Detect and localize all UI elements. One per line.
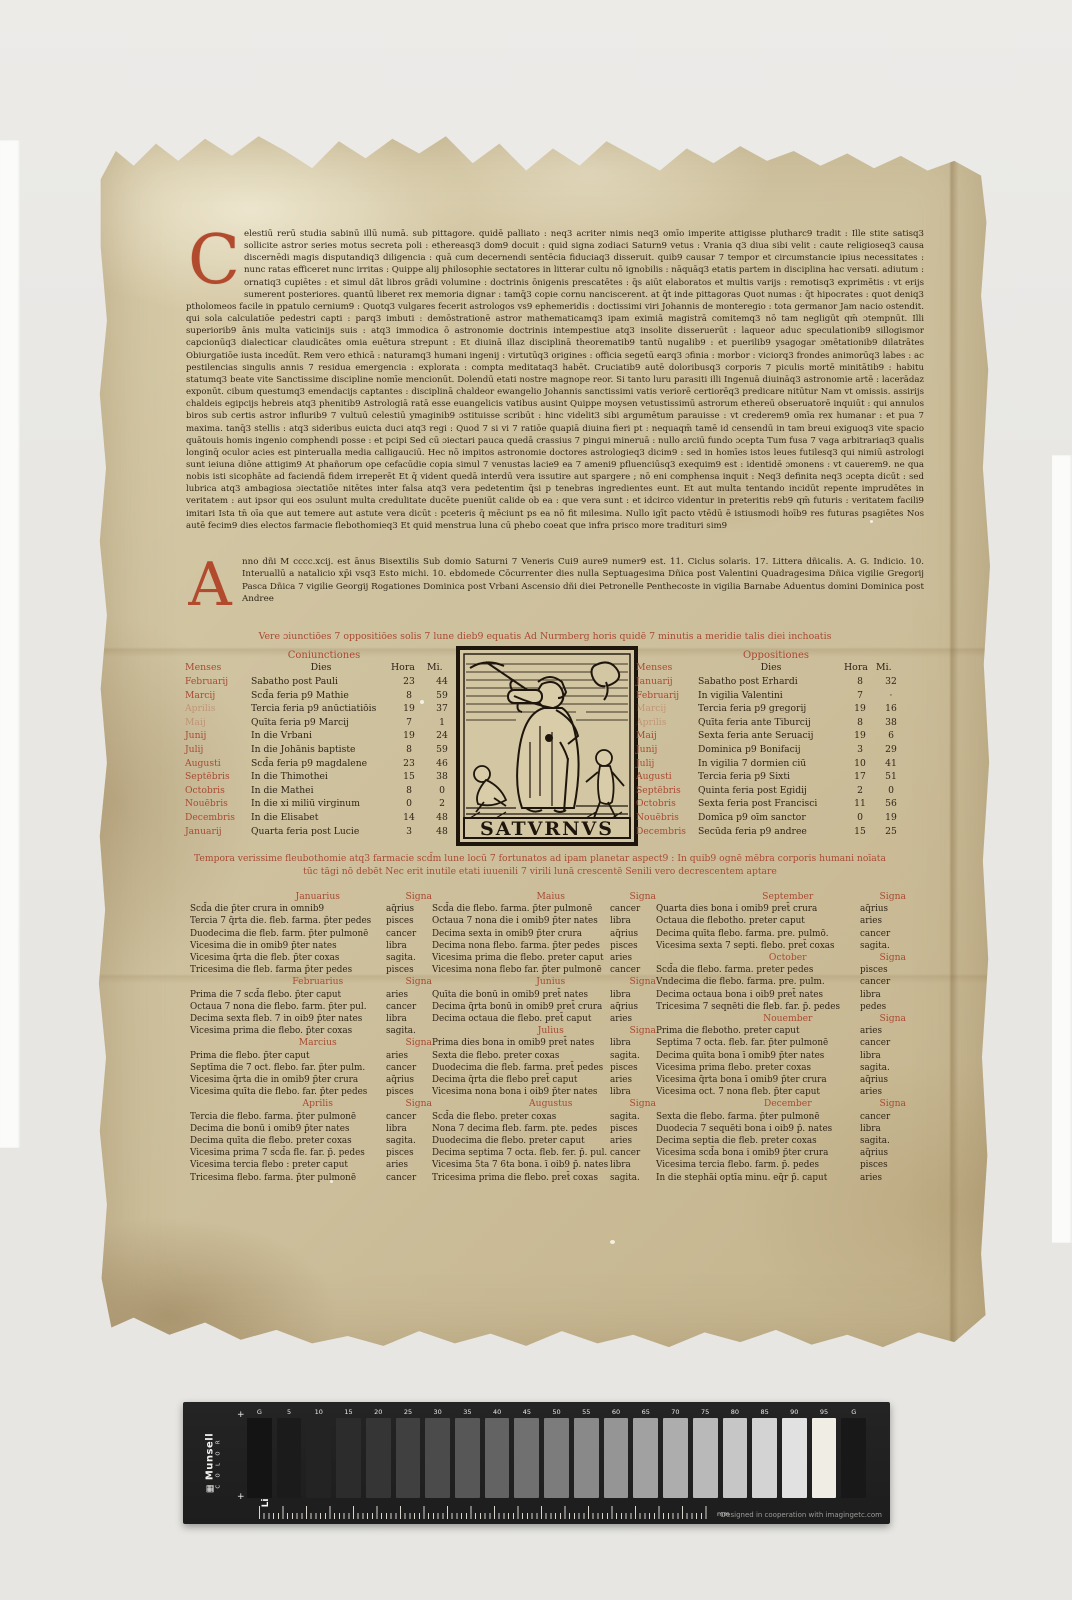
oppositions-table: Oppositiones Menses Dies Hora Mi. Januar… <box>636 650 906 839</box>
cell-mi: 2 <box>427 798 457 809</box>
calendar-row: Vicesima q̄rta bona ī omib9 p̄ter cruraa… <box>656 1074 906 1086</box>
entry-sign: cancer <box>386 1172 432 1184</box>
patch-swatch <box>247 1418 272 1498</box>
table-row: AprilisTercia feria p9 anūctiatiōis1937 <box>185 703 457 717</box>
calendar-row: Octaua 7 nona die i omib9 p̄ter nateslib… <box>432 915 656 927</box>
cell-month: Aprilis <box>185 703 251 714</box>
cell-mi: 59 <box>427 744 457 755</box>
cell-hora: 19 <box>391 703 427 714</box>
table-row: SeptēbrisIn die Thimothei1538 <box>185 771 457 785</box>
entry-sign: libra <box>610 989 656 1001</box>
entry-sign: aries <box>860 1172 906 1184</box>
calendar-row: Duodecima die fleb. farm. p̄ter pulmonēc… <box>190 928 432 940</box>
table-row: JunijDominica p9 Bonifacij329 <box>636 744 906 758</box>
cell-hora: 11 <box>844 798 876 809</box>
calendar-row: Septima 7 octa. fleb. far. p̄ter pulmonē… <box>656 1037 906 1049</box>
entry-text: Prima die 7 scd̄a flebo. p̄ter caput <box>190 989 386 1001</box>
cell-month: Februarij <box>185 676 251 687</box>
cell-month: Maij <box>185 717 251 728</box>
entry-sign: aq̄rius <box>386 1074 432 1086</box>
entry-sign: aries <box>386 1050 432 1062</box>
cell-hora: 23 <box>391 758 427 769</box>
cell-hora: 19 <box>391 730 427 741</box>
entry-sign: libra <box>610 915 656 927</box>
month-header: AprilisSigna <box>190 1098 432 1110</box>
gray-patch: 40 <box>485 1408 510 1498</box>
table-row: NouēbrisDomīca p9 oīm sanctor019 <box>636 812 906 826</box>
cell-day: Scd̄a feria p9 magdalene <box>251 758 391 769</box>
entry-sign: sagita. <box>386 1025 432 1037</box>
gray-patch: 50 <box>544 1408 569 1498</box>
cell-day: Tercia feria p9 gregorij <box>698 703 844 714</box>
lombard-initial-a: A <box>184 558 236 612</box>
cell-hora: 14 <box>391 812 427 823</box>
gray-patch: 5 <box>277 1408 302 1498</box>
calendar-row: Decima octaua die flebo. pret̄ caputarie… <box>432 1013 656 1025</box>
anno-text: nno dñi M cccc.xcij. est ānus Bisextilis… <box>242 557 924 604</box>
entry-sign: libra <box>610 1037 656 1049</box>
entry-text: Octaua 7 nona die flebo. farm. p̄ter pul… <box>190 1001 386 1013</box>
registration-mark-top: + <box>237 1410 245 1420</box>
cell-month: Augusti <box>636 771 698 782</box>
cell-month: Julij <box>185 744 251 755</box>
entry-text: Vicesima die in omib9 p̄ter nates <box>190 940 386 952</box>
cell-mi: 16 <box>876 703 906 714</box>
month-header: SeptemberSigna <box>656 891 906 903</box>
gray-patch: 45 <box>514 1408 539 1498</box>
oppositions-header: Menses Dies Hora Mi. <box>636 662 906 676</box>
entry-text: Decima septia die fleb. preter coxas <box>656 1135 860 1147</box>
cell-mi: 48 <box>427 812 457 823</box>
entry-text: Vndecima die flebo. farma. pre. pulm. <box>656 976 860 988</box>
entry-sign: cancer <box>386 928 432 940</box>
munsell-brand-text: Munsell <box>205 1433 216 1480</box>
entry-sign: cancer <box>610 1147 656 1159</box>
patch-label: 20 <box>366 1408 391 1418</box>
gray-patch: G <box>247 1408 272 1498</box>
entry-text: Vicesima q̄rta bona ī omib9 p̄ter crura <box>656 1074 860 1086</box>
calendar-row: Decima sexta fleb. 7 in oib9 p̄ter nates… <box>190 1013 432 1025</box>
table-row: JunijIn die Vrbani1924 <box>185 730 457 744</box>
entry-text: Decima quīta flebo. farma. pre. pulmō. <box>656 928 860 940</box>
cell-day: Sexta feria post Francisci <box>698 798 844 809</box>
calendar-row: Vicesima prima die flebo. p̄ter coxassag… <box>190 1025 432 1037</box>
table-row: MarcijScd̄a feria p9 Mathie859 <box>185 690 457 704</box>
calendar-row: Quarta dies bona i omib9 pret̄ cruraaq̄r… <box>656 903 906 915</box>
calendar-row: Decima nona flebo. farma. p̄ter pedespis… <box>432 940 656 952</box>
entry-sign: aq̄rius <box>860 1074 906 1086</box>
calendar-row: Vicesima oct. 7 nona fleb. p̄ter caputar… <box>656 1086 906 1098</box>
entry-text: Scd̄a die p̄ter crura in omnib9 <box>190 903 386 915</box>
cell-month: Octobris <box>185 785 251 796</box>
cell-hora: 8 <box>391 744 427 755</box>
cell-day: Sexta feria ante Seruacij <box>698 730 844 741</box>
conjunctions-title: Coniunctiones <box>249 650 399 661</box>
entry-text: Tricesima 7 seqnēti die fleb. far. p̄. p… <box>656 1001 860 1013</box>
entry-sign: aq̄rius <box>860 903 906 915</box>
cell-day: Sabatho post Pauli <box>251 676 391 687</box>
signa-label: Signa <box>879 952 906 964</box>
signa-label: Signa <box>629 1098 656 1110</box>
entry-sign: cancer <box>860 928 906 940</box>
cell-hora: 23 <box>391 676 427 687</box>
calendar-row: Prima die flebo. p̄ter caputaries <box>190 1050 432 1062</box>
calendar-row: Decima octaua bona i oib9 pret̄ nateslib… <box>656 989 906 1001</box>
month-name: Januarius <box>190 891 405 903</box>
entry-sign: libra <box>610 1159 656 1171</box>
patch-label: G <box>841 1408 866 1418</box>
patch-label: 45 <box>514 1408 539 1418</box>
oppositions-title: Oppositiones <box>696 650 856 661</box>
gray-patch: 65 <box>633 1408 658 1498</box>
cell-mi: 59 <box>427 690 457 701</box>
entry-text: Tricesima prima die flebo. pret̄ coxas <box>432 1172 610 1184</box>
cell-day: In die Vrbani <box>251 730 391 741</box>
entry-text: Duodecima die flebo. preter caput <box>432 1135 610 1147</box>
entry-sign: aries <box>610 1013 656 1025</box>
column-header-hora: Hora <box>391 662 427 673</box>
calendar-row: Decima q̄rta bonū in omib9 pret̄ cruraaq… <box>432 1001 656 1013</box>
month-header: MaiusSigna <box>432 891 656 903</box>
phlebotomy-header: Tempora verissime fleubothomie atq3 farm… <box>188 852 892 878</box>
calendar-row: Vicesima nona flebo far. p̄ter pulmonēca… <box>432 964 656 976</box>
patch-swatch <box>604 1418 629 1498</box>
calendar-row: Vicesima q̄rta die in omib9 p̄ter cruraa… <box>190 1074 432 1086</box>
cell-mi: 25 <box>876 826 906 837</box>
patch-swatch <box>306 1418 331 1498</box>
incipit-paragraph: Celestiū rerū studia sabinū illū numā. s… <box>186 228 924 556</box>
patch-label: 70 <box>663 1408 688 1418</box>
cell-day: In die xi miliū virginum <box>251 798 391 809</box>
calendar-row: Decima quīta flebo. farma. pre. pulmō.ca… <box>656 928 906 940</box>
cell-month: Decembris <box>185 812 251 823</box>
incipit-text: elestiū rerū studia sabinū illū numā. su… <box>186 229 924 531</box>
cell-hora: 8 <box>844 717 876 728</box>
cell-day: In die Johānis baptiste <box>251 744 391 755</box>
entry-sign: cancer <box>860 1037 906 1049</box>
conjunctions-header: Menses Dies Hora Mi. <box>185 662 457 676</box>
entry-text: In die stephāi optīa minu. eq̄r p̄. capu… <box>656 1172 860 1184</box>
entry-text: Octaua die flebotho. preter caput <box>656 915 860 927</box>
patch-swatch <box>366 1418 391 1498</box>
munsell-logo: ▦ Munsell C O L O R <box>205 1415 222 1511</box>
gray-patch: 20 <box>366 1408 391 1498</box>
entry-text: Decima nona flebo. farma. p̄ter pedes <box>432 940 610 952</box>
calendar-row: Decima septia die fleb. preter coxassagi… <box>656 1135 906 1147</box>
entry-sign: cancer <box>386 1062 432 1074</box>
entry-sign: pisces <box>386 1086 432 1098</box>
entry-text: Vicesima nona flebo far. p̄ter pulmonē <box>432 964 610 976</box>
entry-sign: libra <box>386 940 432 952</box>
cell-mi: · <box>876 690 906 701</box>
patch-label: 35 <box>455 1408 480 1418</box>
entry-sign: pisces <box>860 964 906 976</box>
entry-sign: libra <box>610 1086 656 1098</box>
entry-sign: libra <box>860 1050 906 1062</box>
gray-patch: 70 <box>663 1408 688 1498</box>
signa-label: Signa <box>879 1098 906 1110</box>
entry-text: Vicesima prima die flebo. preter caput <box>432 952 610 964</box>
calendar-row: Scd̄a die flebo. farma. preter pedespisc… <box>656 964 906 976</box>
cell-month: Aprilis <box>636 717 698 728</box>
entry-text: Duodecia 7 sequēti bona i oib9 p̄. nates <box>656 1123 860 1135</box>
cell-mi: 19 <box>876 812 906 823</box>
patch-swatch <box>723 1418 748 1498</box>
month-name: Marcius <box>190 1037 405 1049</box>
column-header-menses: Menses <box>636 662 698 673</box>
table-row: AugustiScd̄a feria p9 magdalene2346 <box>185 758 457 772</box>
calendar-row: Vicesima q̄rta die fleb. p̄ter coxassagi… <box>190 952 432 964</box>
cell-month: Februarij <box>636 690 698 701</box>
paper-speck <box>610 1240 615 1244</box>
cell-day: Quīta feria ante Tiburcij <box>698 717 844 728</box>
month-header: OctoberSigna <box>656 952 906 964</box>
munsell-logo-icon: ▦ <box>206 1484 216 1493</box>
calendar-row: Vndecima die flebo. farma. pre. pulm.can… <box>656 976 906 988</box>
cell-mi: 1 <box>427 717 457 728</box>
entry-sign: libra <box>386 1013 432 1025</box>
entry-text: Decima octaua bona i oib9 pret̄ nates <box>656 989 860 1001</box>
calendar-row: Decima sexta in omib9 p̄ter cruraaq̄rius <box>432 928 656 940</box>
calendar-row: Tercia die flebo. farma. p̄ter pulmonēca… <box>190 1111 432 1123</box>
cell-mi: 0 <box>427 785 457 796</box>
cell-month: Marcij <box>185 690 251 701</box>
cell-mi: 56 <box>876 798 906 809</box>
calendar-row: Vicesima prima 7 scd̄a fle. far. p̄. ped… <box>190 1147 432 1159</box>
entry-text: Scd̄a die flebo. farma. preter pedes <box>656 964 860 976</box>
calendar-row: Duodecia 7 sequēti bona i oib9 p̄. nates… <box>656 1123 906 1135</box>
calendar-row: Duodecima die flebo. preter caputaries <box>432 1135 656 1147</box>
entry-text: Quīta die bonū in omib9 pret̄ nates <box>432 989 610 1001</box>
month-name: December <box>656 1098 879 1110</box>
calendar-row: Octaua 7 nona die flebo. farm. p̄ter pul… <box>190 1001 432 1013</box>
calendar-row: Septīma die 7 oct. flebo. far. p̄ter pul… <box>190 1062 432 1074</box>
gray-patch: 95 <box>812 1408 837 1498</box>
patch-label: 50 <box>544 1408 569 1418</box>
calendar-row: Vicesima tercia flebo : preter caputarie… <box>190 1159 432 1171</box>
entry-text: Tercia 7 q̄rta die. fleb. farma. p̄ter p… <box>190 915 386 927</box>
patch-swatch <box>812 1418 837 1498</box>
entry-text: Vicesima tercia flebo : preter caput <box>190 1159 386 1171</box>
patch-swatch <box>425 1418 450 1498</box>
entry-text: Decima quīta bona ī omib9 p̄ter nates <box>656 1050 860 1062</box>
cell-day: In die Thimothei <box>251 771 391 782</box>
entry-text: Duodecima die fleb. farma. pret̄ pedes <box>432 1062 610 1074</box>
patch-swatch <box>336 1418 361 1498</box>
cell-day: Tercia feria p9 Sixti <box>698 771 844 782</box>
cell-hora: 15 <box>391 771 427 782</box>
entry-sign: pisces <box>386 915 432 927</box>
cell-month: Maij <box>636 730 698 741</box>
table-row: SeptēbrisQuinta feria post Egidij20 <box>636 785 906 799</box>
entry-sign: sagita. <box>610 1111 656 1123</box>
gray-patch: 80 <box>723 1408 748 1498</box>
entry-sign: sagita. <box>860 1135 906 1147</box>
cell-mi: 48 <box>427 826 457 837</box>
cell-hora: 8 <box>844 676 876 687</box>
cell-hora: 0 <box>391 798 427 809</box>
entry-sign: pisces <box>610 1062 656 1074</box>
entry-text: Octaua 7 nona die i omib9 p̄ter nates <box>432 915 610 927</box>
syzygy-header: Vere ɔiunctiōes 7 oppositiōes solis 7 lu… <box>200 631 890 642</box>
table-row: MaijQuīta feria p9 Marcij71 <box>185 717 457 731</box>
patch-label: 25 <box>396 1408 421 1418</box>
entry-text: Decima sexta fleb. 7 in oib9 p̄ter nates <box>190 1013 386 1025</box>
patch-swatch <box>752 1418 777 1498</box>
calendar-row: Vicesima prima die flebo. preter caputar… <box>432 952 656 964</box>
calendar-row: Vicesima prima flebo. preter coxassagita… <box>656 1062 906 1074</box>
signa-label: Signa <box>405 976 432 988</box>
column-header-mi: Mi. <box>876 662 906 673</box>
month-header: JanuariusSigna <box>190 891 432 903</box>
patch-label: 80 <box>723 1408 748 1418</box>
patch-label: 65 <box>633 1408 658 1418</box>
entry-text: Sexta die flebo. preter coxas <box>432 1050 610 1062</box>
entry-sign: sagita. <box>610 1172 656 1184</box>
entry-text: Decima octaua die flebo. pret̄ caput <box>432 1013 610 1025</box>
month-name: Aprilis <box>190 1098 405 1110</box>
entry-sign: aq̄rius <box>860 1147 906 1159</box>
patch-swatch <box>574 1418 599 1498</box>
cell-hora: 3 <box>391 826 427 837</box>
entry-sign: pisces <box>386 1147 432 1159</box>
cell-hora: 2 <box>844 785 876 796</box>
patch-label: G <box>247 1408 272 1418</box>
calendar-column: JanuariusSignaScd̄a die p̄ter crura in o… <box>190 891 432 1184</box>
patch-swatch <box>455 1418 480 1498</box>
table-row: FebruarijIn vigilia Valentini7· <box>636 690 906 704</box>
calendar-row: In die stephāi optīa minu. eq̄r p̄. capu… <box>656 1172 906 1184</box>
entry-text: Vicesima quīta die flebo. far. p̄ter ped… <box>190 1086 386 1098</box>
calendar-row: Vicesima scd̄a bona i omib9 p̄ter cruraa… <box>656 1147 906 1159</box>
entry-text: Vicesima prima die flebo. p̄ter coxas <box>190 1025 386 1037</box>
gray-patch: 75 <box>693 1408 718 1498</box>
cell-day: In vigilia 7 dormien ciū <box>698 758 844 769</box>
calendar-row: Vicesima die in omib9 p̄ter nateslibra <box>190 940 432 952</box>
month-name: Junius <box>432 976 629 988</box>
calendar-row: Duodecima die fleb. farma. pret̄ pedespi… <box>432 1062 656 1074</box>
column-header-dies: Dies <box>698 662 844 673</box>
cell-hora: 15 <box>844 826 876 837</box>
signa-label: Signa <box>629 1025 656 1037</box>
cell-hora: 3 <box>844 744 876 755</box>
calendar-row: Quīta die bonū in omib9 pret̄ nateslibra <box>432 989 656 1001</box>
entry-text: Vicesima nona bona i oib9 p̄ter nates <box>432 1086 610 1098</box>
calendar-row: Vicesima quīta die flebo. far. p̄ter ped… <box>190 1086 432 1098</box>
cell-day: In vigilia Valentini <box>698 690 844 701</box>
mm-ruler <box>259 1506 709 1519</box>
table-row: MaijSexta feria ante Seruacij196 <box>636 730 906 744</box>
cell-hora: 19 <box>844 703 876 714</box>
gray-patch: 25 <box>396 1408 421 1498</box>
patch-label: 5 <box>277 1408 302 1418</box>
cell-month: Nouēbris <box>185 798 251 809</box>
calendar-row: Decima quīta die flebo. preter coxassagi… <box>190 1135 432 1147</box>
month-name: Julius <box>432 1025 629 1037</box>
cell-day: Quarta feria post Lucie <box>251 826 391 837</box>
month-name: October <box>656 952 879 964</box>
cell-month: Augusti <box>185 758 251 769</box>
entry-text: Quarta dies bona i omib9 pret̄ crura <box>656 903 860 915</box>
calendar-row: Decima quīta bona ī omib9 p̄ter nateslib… <box>656 1050 906 1062</box>
entry-text: Nona 7 decima fleb. farm. pte. pedes <box>432 1123 610 1135</box>
cell-mi: 44 <box>427 676 457 687</box>
patch-swatch <box>693 1418 718 1498</box>
entry-sign: cancer <box>860 976 906 988</box>
calendar-row: Scd̄a die flebo. preter coxassagita. <box>432 1111 656 1123</box>
entry-sign: sagita. <box>386 1135 432 1147</box>
entry-text: Septīma die 7 oct. flebo. far. p̄ter pul… <box>190 1062 386 1074</box>
calendar-column: MaiusSignaScd̄a die flebo. farma. p̄ter … <box>432 891 656 1184</box>
patch-label: 10 <box>306 1408 331 1418</box>
cell-month: Septēbris <box>636 785 698 796</box>
patch-swatch <box>841 1418 866 1498</box>
cell-month: Junij <box>636 744 698 755</box>
entry-text: Vicesima q̄rta die fleb. p̄ter coxas <box>190 952 386 964</box>
entry-sign: libra <box>386 1123 432 1135</box>
signa-label: Signa <box>629 976 656 988</box>
entry-sign: sagita. <box>860 940 906 952</box>
entry-sign: aries <box>610 1074 656 1086</box>
cell-day: Quīta feria p9 Marcij <box>251 717 391 728</box>
entry-text: Prima die flebo. p̄ter caput <box>190 1050 386 1062</box>
calendar-row: Vicesima sexta 7 septi. flebo. pret̄ cox… <box>656 940 906 952</box>
cell-mi: 38 <box>427 771 457 782</box>
calendar-row: Prima die 7 scd̄a flebo. p̄ter caputarie… <box>190 989 432 1001</box>
cell-mi: 24 <box>427 730 457 741</box>
credit-text: Designed in cooperation with imagingetc.… <box>721 1511 882 1519</box>
entry-text: Decima q̄rta die flebo pret̄ caput <box>432 1074 610 1086</box>
patch-swatch <box>544 1418 569 1498</box>
photo-stage: Celestiū rerū studia sabinū illū numā. s… <box>0 0 1072 1600</box>
entry-sign: aries <box>860 1025 906 1037</box>
cell-mi: 0 <box>876 785 906 796</box>
calendar-row: Vicesima 5ta 7 6ta bona. ī oib9 p̄. nate… <box>432 1159 656 1171</box>
signa-label: Signa <box>629 891 656 903</box>
cell-hora: 0 <box>844 812 876 823</box>
phlebotomy-calendar: JanuariusSignaScd̄a die p̄ter crura in o… <box>190 891 906 1184</box>
entry-sign: aries <box>386 989 432 1001</box>
entry-sign: cancer <box>610 964 656 976</box>
patch-label: 15 <box>336 1408 361 1418</box>
patch-swatch <box>277 1418 302 1498</box>
entry-text: Vicesima 5ta 7 6ta bona. ī oib9 p̄. nate… <box>432 1159 610 1171</box>
entry-text: Tricesima die fleb. farma p̄ter pedes <box>190 964 386 976</box>
patch-label: 75 <box>693 1408 718 1418</box>
entry-sign: pisces <box>386 964 432 976</box>
entry-sign: libra <box>860 1123 906 1135</box>
entry-text: Prima die flebotho. preter caput <box>656 1025 860 1037</box>
entry-text: Sexta die flebo. farma. p̄ter pulmonē <box>656 1111 860 1123</box>
table-row: JulijIn die Johānis baptiste859 <box>185 744 457 758</box>
entry-sign: aries <box>610 1135 656 1147</box>
entry-sign: pedes <box>860 1001 906 1013</box>
cell-day: In die Elisabet <box>251 812 391 823</box>
month-name: Nouember <box>656 1013 879 1025</box>
gray-patch-strip: G5101520253035404550556065707580859095G <box>247 1408 866 1498</box>
entry-sign: pisces <box>610 1123 656 1135</box>
entry-text: Duodecima die fleb. farm. p̄ter pulmonē <box>190 928 386 940</box>
signa-label: Signa <box>405 1098 432 1110</box>
gray-patch: G <box>841 1408 866 1498</box>
gray-patch: 35 <box>455 1408 480 1498</box>
cell-month: Nouēbris <box>636 812 698 823</box>
signa-label: Signa <box>879 891 906 903</box>
cell-day: In die Mathei <box>251 785 391 796</box>
gray-patch: 10 <box>306 1408 331 1498</box>
month-header: FebruariusSigna <box>190 976 432 988</box>
patch-label: 90 <box>782 1408 807 1418</box>
